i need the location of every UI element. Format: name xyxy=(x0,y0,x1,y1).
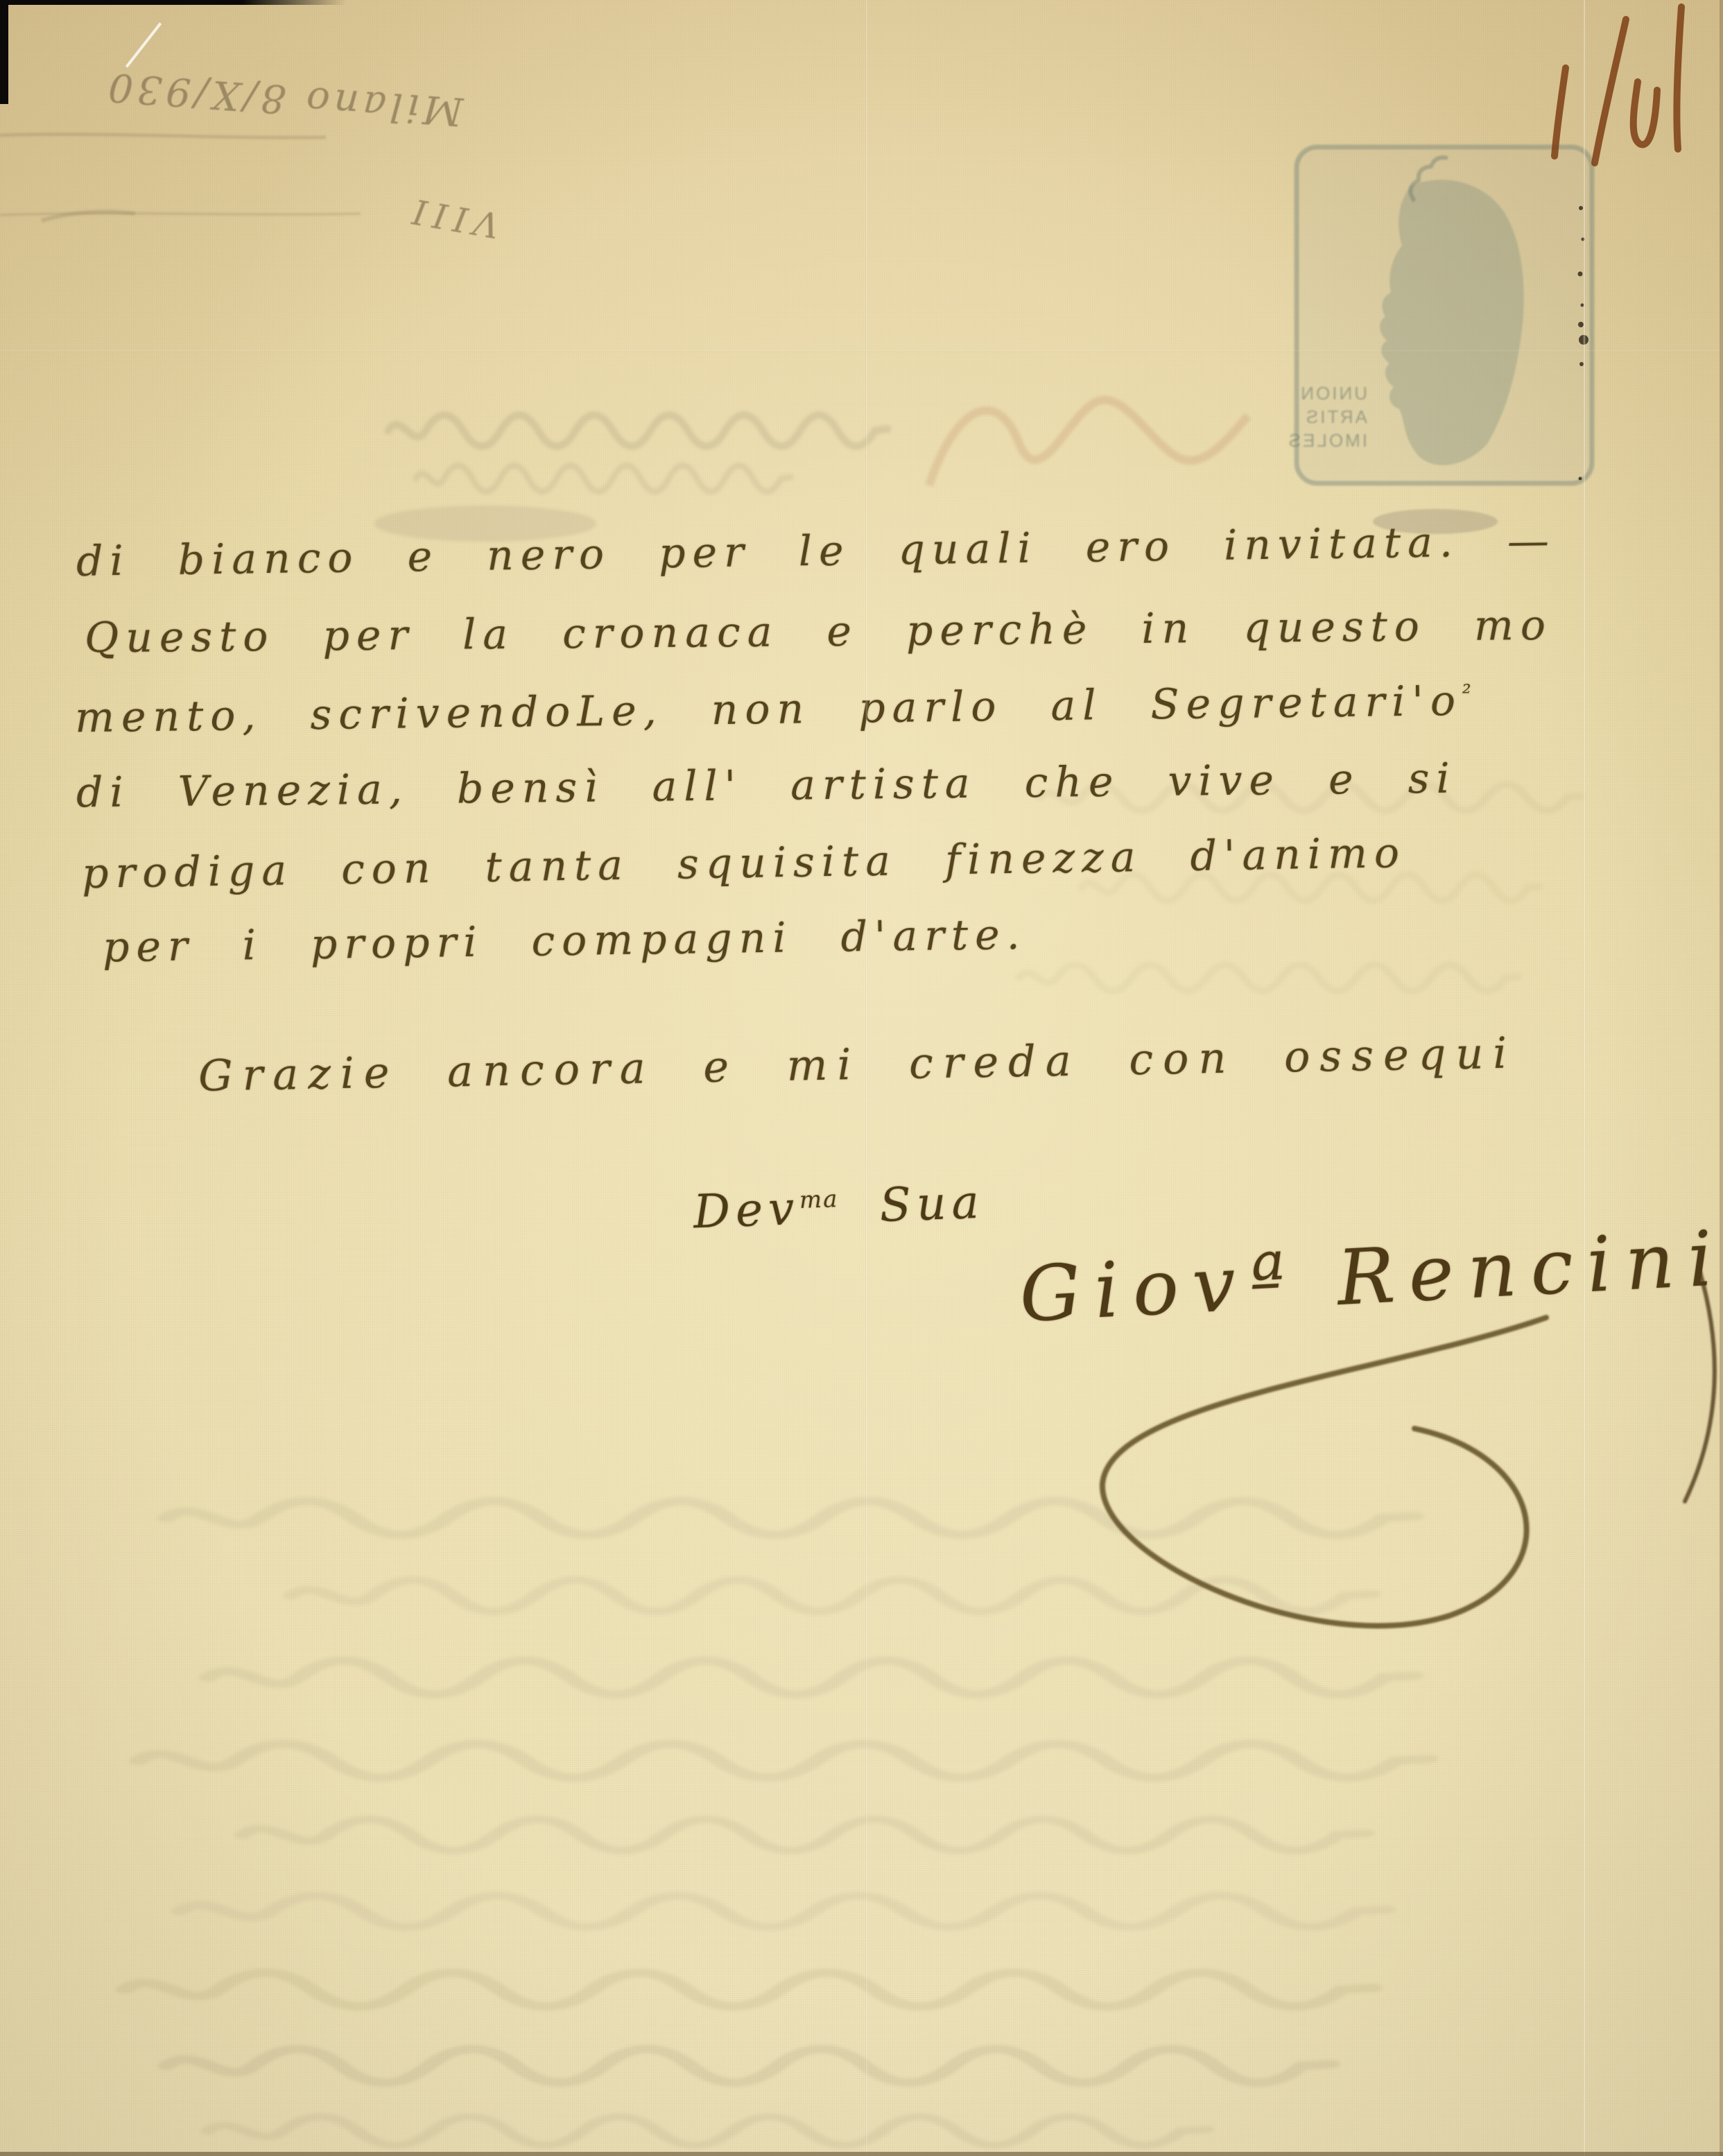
bleedthrough-red-flourish xyxy=(929,400,1248,485)
bleedthrough-line xyxy=(291,1580,1373,1612)
valediction-prefix: Dev xyxy=(693,1182,801,1239)
signature-paren-stroke xyxy=(1685,1273,1715,1501)
scan-edge-left xyxy=(0,0,8,104)
stamp-caption-line: IMOLES xyxy=(1287,430,1367,451)
scan-edge-right xyxy=(1720,0,1723,2156)
ink-speck xyxy=(1581,304,1584,307)
bleedthrough-line xyxy=(166,1501,1414,1535)
pencil-streak xyxy=(0,214,361,215)
ink-speck xyxy=(1579,335,1588,345)
folio-stroke xyxy=(1677,7,1681,149)
bleedthrough-line xyxy=(388,415,888,447)
scan-edge-top xyxy=(0,0,347,5)
folio-stroke xyxy=(1634,82,1657,145)
valediction-suffix: Sua xyxy=(838,1175,985,1234)
pencil-streak xyxy=(0,135,326,138)
bleedthrough-line xyxy=(125,1973,1373,2007)
segretario-superscript: ² xyxy=(1462,680,1471,706)
bleedthrough-line xyxy=(416,465,790,492)
ink-speck xyxy=(1578,322,1584,327)
letter-page: UNION ARTIS IMOLES xyxy=(0,0,1723,2156)
bleedthrough-line xyxy=(166,2049,1331,2083)
bleedthrough-line xyxy=(1019,965,1518,991)
valediction: Devma Sua xyxy=(693,1175,985,1239)
ink-speck xyxy=(1579,362,1584,366)
valediction-superscript: ma xyxy=(799,1185,839,1214)
bleedthrough-line xyxy=(208,1661,1414,1695)
folio-stroke xyxy=(1595,19,1626,163)
bleedthrough-line xyxy=(208,2116,1206,2145)
signature-loop xyxy=(1102,1318,1546,1625)
scan-edge-bottom xyxy=(0,2152,1723,2156)
folio-stroke xyxy=(1555,68,1566,156)
pencil-streaks xyxy=(0,135,361,221)
folio-number-icon xyxy=(1555,7,1681,163)
stamp: UNION ARTIS IMOLES xyxy=(1287,147,1592,483)
stamp-caption-line: ARTIS xyxy=(1304,406,1367,427)
bleedthrough-line xyxy=(180,1896,1387,1927)
ink-speck xyxy=(1579,206,1583,210)
ink-speck xyxy=(1578,272,1583,277)
bleedthrough-line xyxy=(139,1744,1428,1778)
ink-speck xyxy=(1582,238,1585,241)
stamp-caption-line: UNION xyxy=(1299,383,1367,404)
bleedthrough-line xyxy=(243,1820,1366,1851)
ink-speck xyxy=(1579,477,1582,481)
